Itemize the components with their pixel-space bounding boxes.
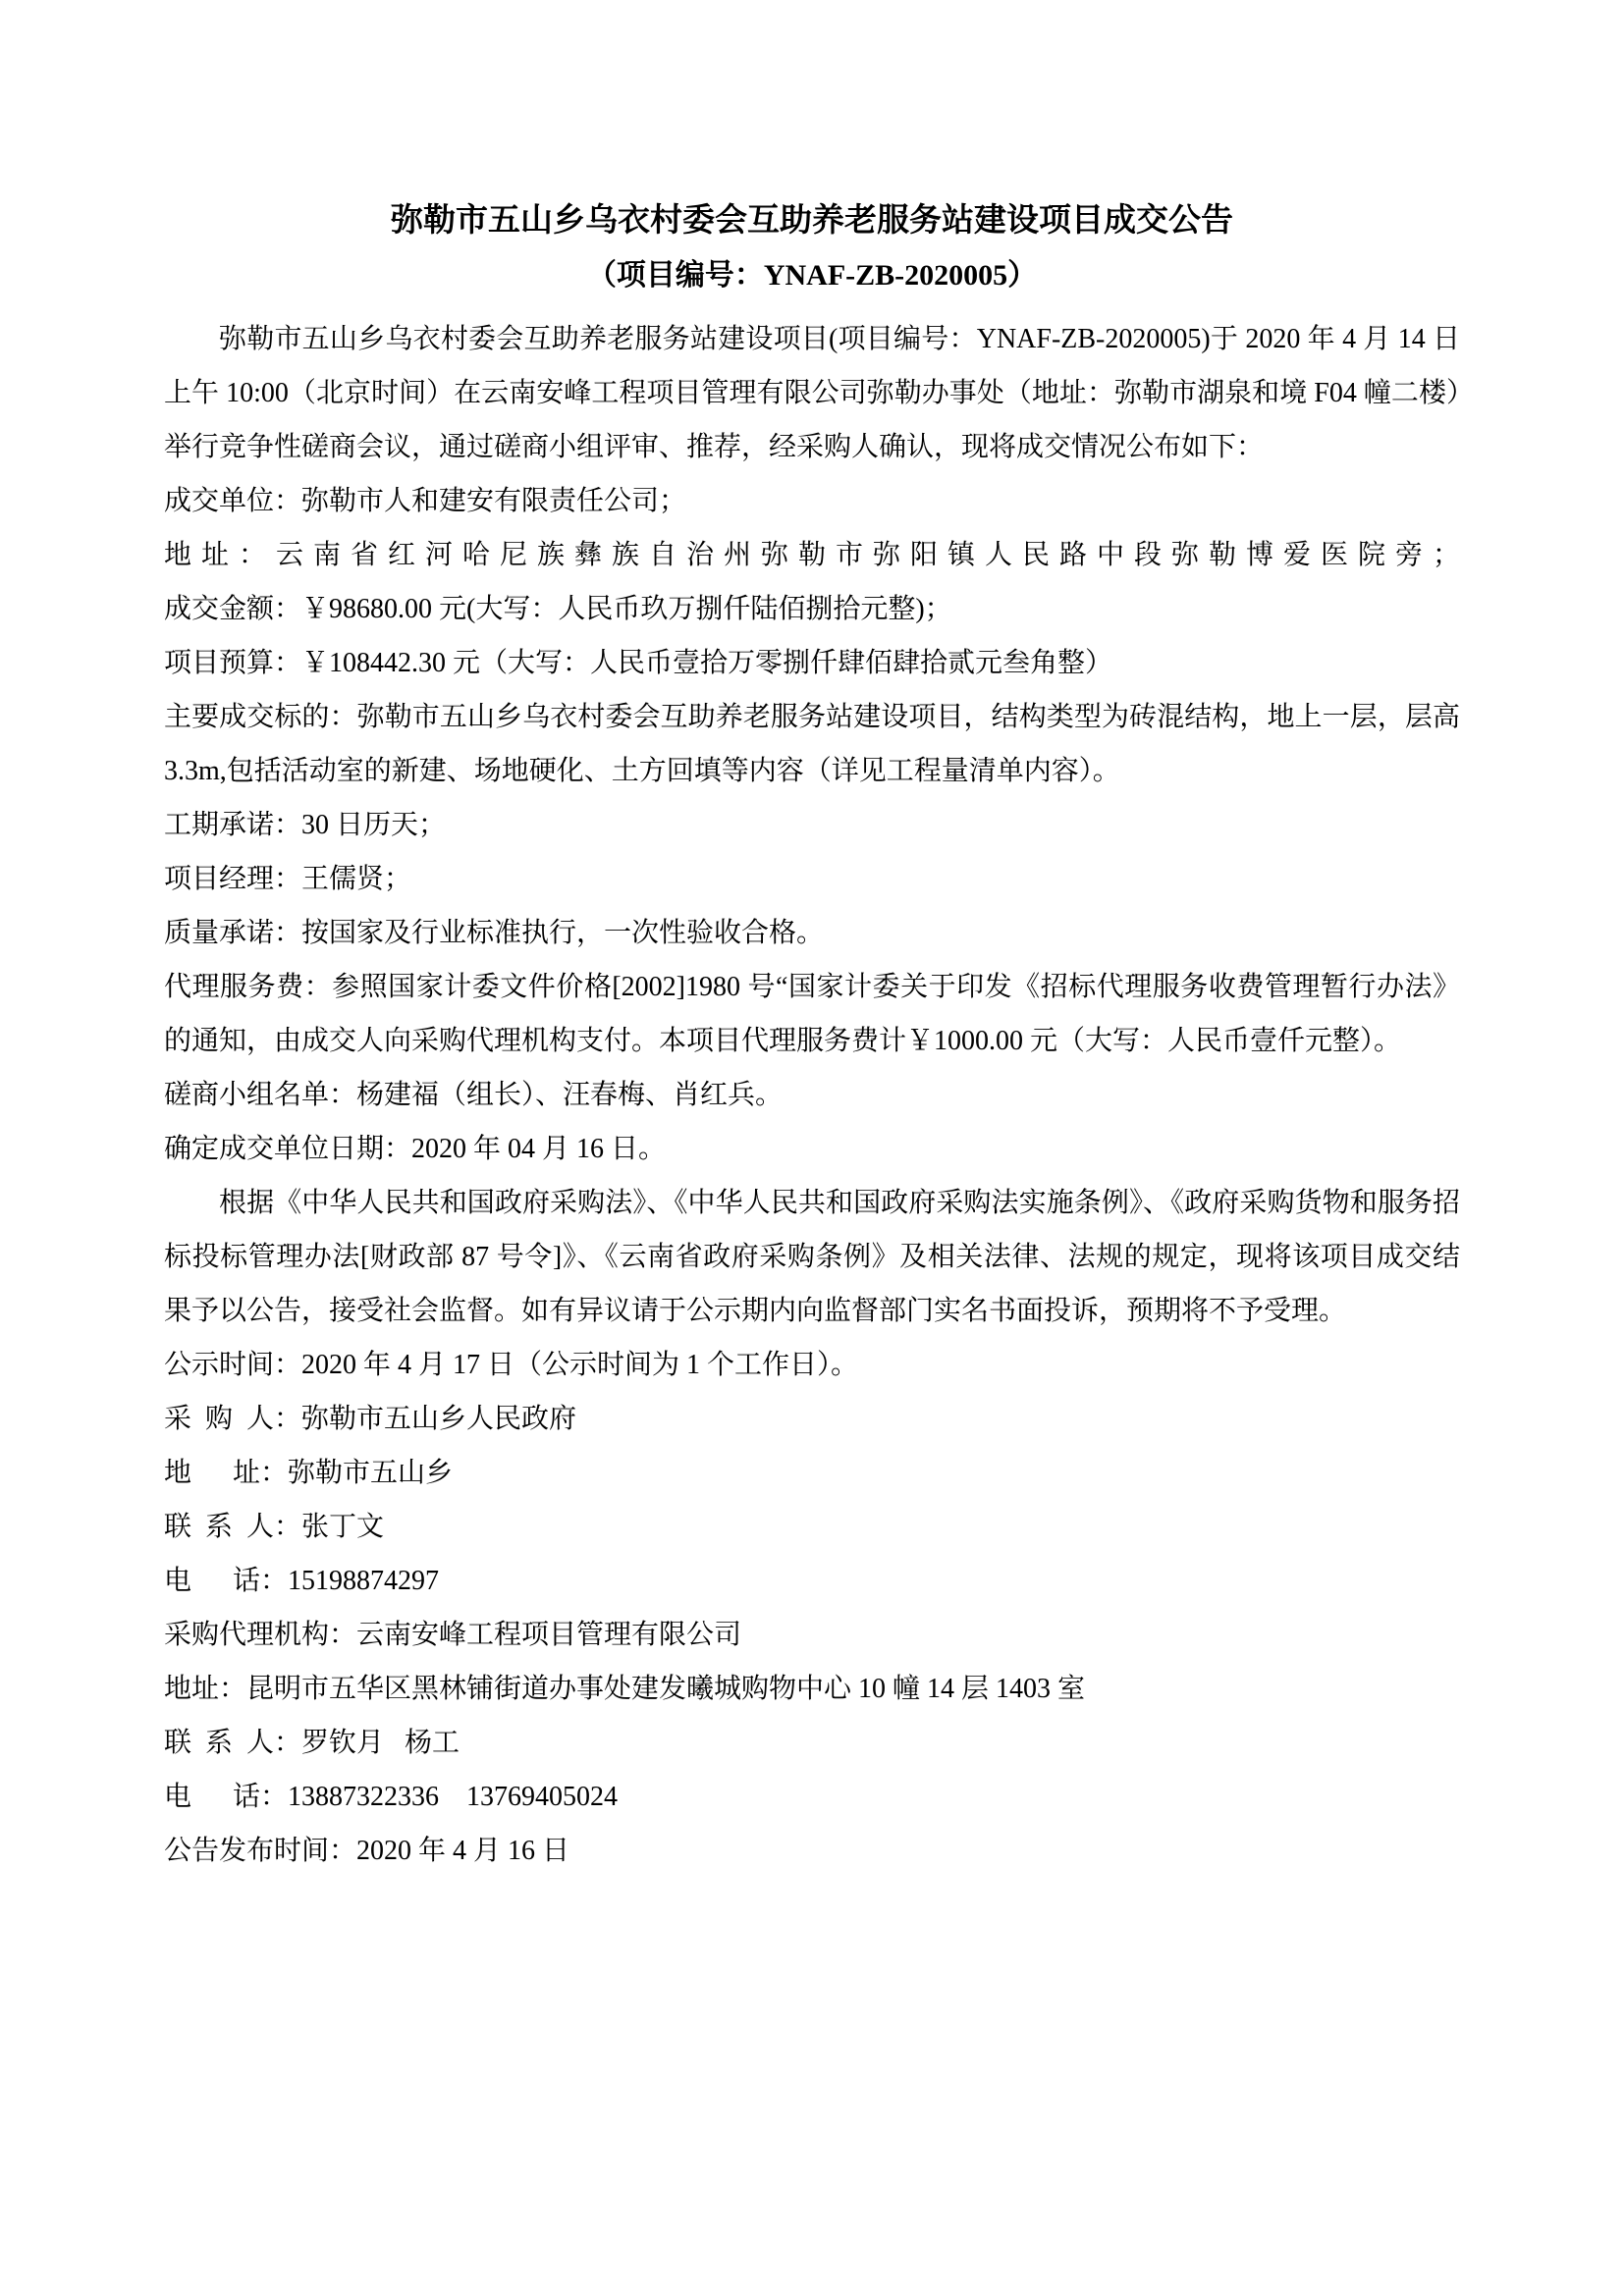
publicity-period-line: 公示时间：2020 年 4 月 17 日（公示时间为 1 个工作日）。	[164, 1338, 1460, 1392]
purchaser-contact-line: 联 系 人：张丁文	[164, 1500, 1460, 1554]
agency-address-line: 地址：昆明市五华区黑林铺街道办事处建发曦城购物中心 10 幢 14 层 1403…	[164, 1662, 1460, 1716]
award-date-line: 确定成交单位日期：2020 年 04 月 16 日。	[164, 1122, 1460, 1176]
agency-phone-line: 电 话：13887322336 13769405024	[164, 1770, 1460, 1824]
schedule-line: 工期承诺：30 日历天；	[164, 798, 1460, 852]
project-number: （项目编号：YNAF-ZB-2020005）	[164, 248, 1460, 302]
document-title: 弥勒市五山乡乌衣村委会互助养老服务站建设项目成交公告	[164, 194, 1460, 248]
announcement-document: 弥勒市五山乡乌衣村委会互助养老服务站建设项目成交公告 （项目编号：YNAF-ZB…	[0, 0, 1624, 2296]
winner-address-line: 地址：云南省红河哈尼族彝族自治州弥勒市弥阳镇人民路中段弥勒博爱医院旁；	[164, 528, 1460, 582]
purchaser-phone-line: 电 话：15198874297	[164, 1554, 1460, 1608]
budget-line: 项目预算：￥108442.30 元（大写：人民币壹拾万零捌仟肆佰肆拾贰元叁角整）	[164, 636, 1460, 690]
document-body: 弥勒市五山乡乌衣村委会互助养老服务站建设项目(项目编号：YNAF-ZB-2020…	[164, 312, 1460, 1878]
subject-matter-line: 主要成交标的：弥勒市五山乡乌衣村委会互助养老服务站建设项目，结构类型为砖混结构，…	[164, 690, 1460, 798]
legal-basis-paragraph: 根据《中华人民共和国政府采购法》、《中华人民共和国政府采购法实施条例》、《政府采…	[164, 1176, 1460, 1338]
agency-line: 采购代理机构：云南安峰工程项目管理有限公司	[164, 1608, 1460, 1662]
panel-members-line: 磋商小组名单：杨建福（组长）、汪春梅、肖红兵。	[164, 1068, 1460, 1122]
winner-line: 成交单位：弥勒市人和建安有限责任公司；	[164, 474, 1460, 528]
agency-fee-line: 代理服务费：参照国家计委文件价格[2002]1980 号“国家计委关于印发《招标…	[164, 960, 1460, 1068]
agency-contact-line: 联 系 人：罗钦月 杨工	[164, 1716, 1460, 1770]
purchaser-line: 采 购 人：弥勒市五山乡人民政府	[164, 1392, 1460, 1446]
purchaser-address-line: 地 址：弥勒市五山乡	[164, 1446, 1460, 1500]
quality-line: 质量承诺：按国家及行业标准执行，一次性验收合格。	[164, 906, 1460, 960]
project-manager-line: 项目经理：王儒贤；	[164, 852, 1460, 906]
award-amount-line: 成交金额：￥98680.00 元(大写：人民币玖万捌仟陆佰捌拾元整)；	[164, 582, 1460, 636]
publish-date-line: 公告发布时间：2020 年 4 月 16 日	[164, 1824, 1460, 1878]
intro-paragraph: 弥勒市五山乡乌衣村委会互助养老服务站建设项目(项目编号：YNAF-ZB-2020…	[164, 312, 1460, 474]
